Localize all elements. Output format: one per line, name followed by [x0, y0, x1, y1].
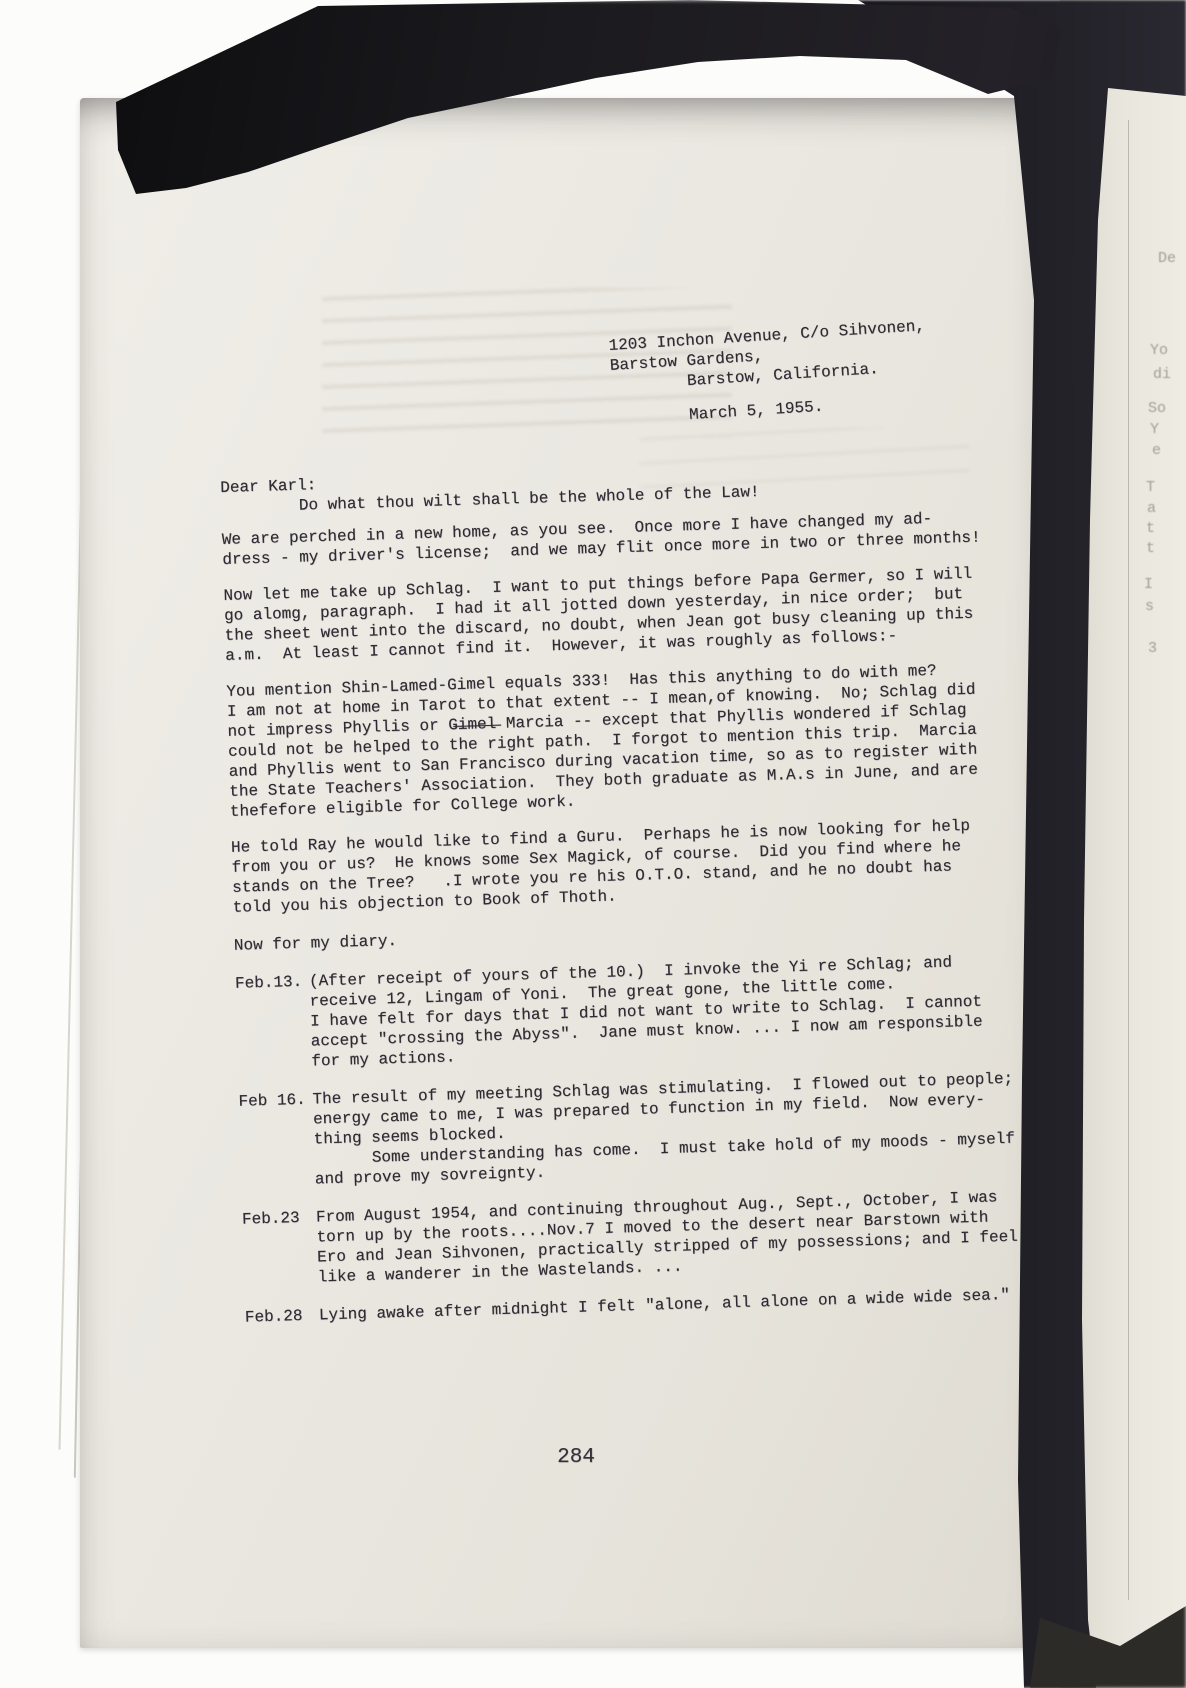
diary-entry-date: Feb.13.	[235, 972, 312, 1074]
letter-content: 1203 Inchon Avenue, C/o Sihvonen, Barsto…	[80, 98, 1072, 1648]
letter-paragraph: You mention Shin-Lamed-Gimel equals 333!…	[226, 658, 1030, 822]
diary-entry-text: Lying awake after midnight I felt "alone…	[319, 1284, 1043, 1325]
letter-paragraph: He told Ray he would like to find a Guru…	[231, 814, 1033, 918]
diary-entry: Feb 16. The result of my meeting Schlag …	[238, 1067, 1061, 1191]
diary-entry: Feb.23 From August 1954, and continuing …	[242, 1185, 1064, 1289]
diary-entry: Feb.13. (After receipt of yours of the 1…	[235, 949, 1058, 1073]
letter-body: Dear Karl: Do what thou wilt shall be th…	[220, 454, 1065, 1328]
diary-entry: Feb.28 Lying awake after midnight I felt…	[245, 1283, 1065, 1327]
letter-paragraph: Now let me take up Schlag. I want to put…	[223, 562, 1025, 666]
binding-crease	[1128, 120, 1129, 1600]
diary-intro: Now for my diary.	[234, 911, 1054, 955]
page-number: 284	[80, 1448, 1072, 1468]
diary-entry-text: (After receipt of yours of the 10.) I in…	[309, 950, 1036, 1071]
diary-entry-text: The result of my meeting Schlag was stim…	[312, 1068, 1039, 1189]
diary-entry-date: Feb 16.	[238, 1090, 315, 1192]
diary-entry-date: Feb.23	[242, 1207, 318, 1289]
diary-entry-text: From August 1954, and continuing through…	[316, 1186, 1042, 1287]
letter-paragraph: We are perched in a new home, as you see…	[222, 506, 1023, 570]
book-photo: De Yo di So Y e T a t t I s 3 1203 Incho…	[0, 0, 1186, 1688]
letter-page: 1203 Inchon Avenue, C/o Sihvonen, Barsto…	[80, 98, 1072, 1648]
diary-entry-date: Feb.28	[245, 1305, 320, 1327]
address-block: 1203 Inchon Avenue, C/o Sihvonen, Barsto…	[608, 310, 1033, 430]
